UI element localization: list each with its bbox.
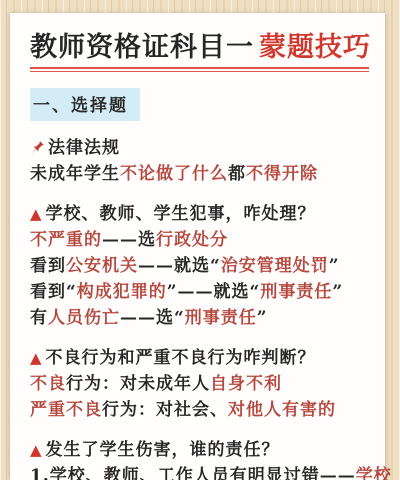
text-line: 看到“构成犯罪的”——就选“刑事责任” <box>30 283 369 302</box>
page-title: 教师资格证科目一蒙题技巧 <box>30 32 369 64</box>
text-segment: ——就选“ <box>138 256 221 276</box>
text-line: ▲发生了学生伤害，谁的责任？ <box>30 441 369 460</box>
text-segment: 看到“ <box>30 282 77 302</box>
text-segment: 未成年学生 <box>30 164 120 184</box>
body-lines: 法律法规未成年学生不论做了什么都不得开除▲学校、教师、学生犯事，咋处理？不严重的… <box>30 139 369 480</box>
text-segment: ” <box>332 282 343 302</box>
text-segment: 都 <box>228 164 246 184</box>
text-line: ▲不良行为和严重不良行为咋判断？ <box>30 349 369 368</box>
note-content: 教师资格证科目一蒙题技巧 一、选择题 法律法规未成年学生不论做了什么都不得开除▲… <box>10 32 385 480</box>
pushpin-icon <box>30 140 45 155</box>
text-segment: ——选 <box>102 230 156 250</box>
text-line: 看到公安机关——就选“治安管理处罚” <box>30 257 369 276</box>
text-segment: ——选“ <box>120 308 185 328</box>
text-segment: 学校、教师、学生犯事，咋处理？ <box>46 204 316 224</box>
text-segment: 行政处分 <box>156 230 228 250</box>
text-segment: 有 <box>30 308 48 328</box>
text-line: ▲学校、教师、学生犯事，咋处理？ <box>30 205 369 224</box>
text-segment: 行为：对社会、 <box>102 400 228 420</box>
note-card: 教师资格证科目一蒙题技巧 一、选择题 法律法规未成年学生不论做了什么都不得开除▲… <box>10 13 385 480</box>
text-segment: 公安机关 <box>66 256 138 276</box>
text-line: 有人员伤亡——选“刑事责任” <box>30 309 369 328</box>
text-segment: 不良行为和严重不良行为咋判断？ <box>46 348 316 368</box>
text-segment: 学校 <box>356 466 392 480</box>
section-heading: 一、选择题 <box>30 88 140 121</box>
text-segment: 严重不良 <box>30 400 102 420</box>
text-segment: 不论做了什么 <box>120 164 228 184</box>
text-segment: 刑事责任 <box>185 308 257 328</box>
triangle-bullet-icon: ▲ <box>30 205 43 223</box>
text-segment: ” <box>257 308 268 328</box>
text-segment: 自身不利 <box>210 374 282 394</box>
text-line: 不良行为：对未成年人自身不利 <box>30 375 369 394</box>
text-segment: 行为：对未成年人 <box>66 374 210 394</box>
text-line: 严重不良行为：对社会、对他人有害的 <box>30 401 369 420</box>
wood-background: 教师资格证科目一蒙题技巧 一、选择题 法律法规未成年学生不论做了什么都不得开除▲… <box>0 0 400 480</box>
text-segment: 对他人有害的 <box>228 400 336 420</box>
triangle-bullet-icon: ▲ <box>30 349 43 367</box>
triangle-bullet-icon: ▲ <box>30 441 43 459</box>
text-segment: 人员伤亡 <box>48 308 120 328</box>
text-segment: 法律法规 <box>48 138 120 158</box>
text-segment: 不良 <box>30 374 66 394</box>
text-line: 未成年学生不论做了什么都不得开除 <box>30 165 369 184</box>
text-line: 法律法规 <box>30 139 369 158</box>
page-title-black: 教师资格证科目一 <box>30 32 254 63</box>
text-segment: 刑事责任 <box>260 282 332 302</box>
text-line: 1.学校、教师、工作人员有明显过错——学校 <box>30 467 369 480</box>
text-segment: 不得开除 <box>246 164 318 184</box>
text-segment: 发生了学生伤害，谁的责任？ <box>46 440 280 460</box>
text-segment: 看到 <box>30 256 66 276</box>
text-segment: 1.学校、教师、工作人员有明显过错—— <box>30 466 356 480</box>
text-line: 不严重的——选行政处分 <box>30 231 369 250</box>
text-segment: 不严重的 <box>30 230 102 250</box>
page-title-red: 蒙题技巧 <box>259 32 371 63</box>
text-segment: ”——就选“ <box>167 282 261 302</box>
text-segment: 治安管理处罚 <box>221 256 329 276</box>
text-segment: 构成犯罪的 <box>77 282 167 302</box>
text-segment: ” <box>329 256 340 276</box>
